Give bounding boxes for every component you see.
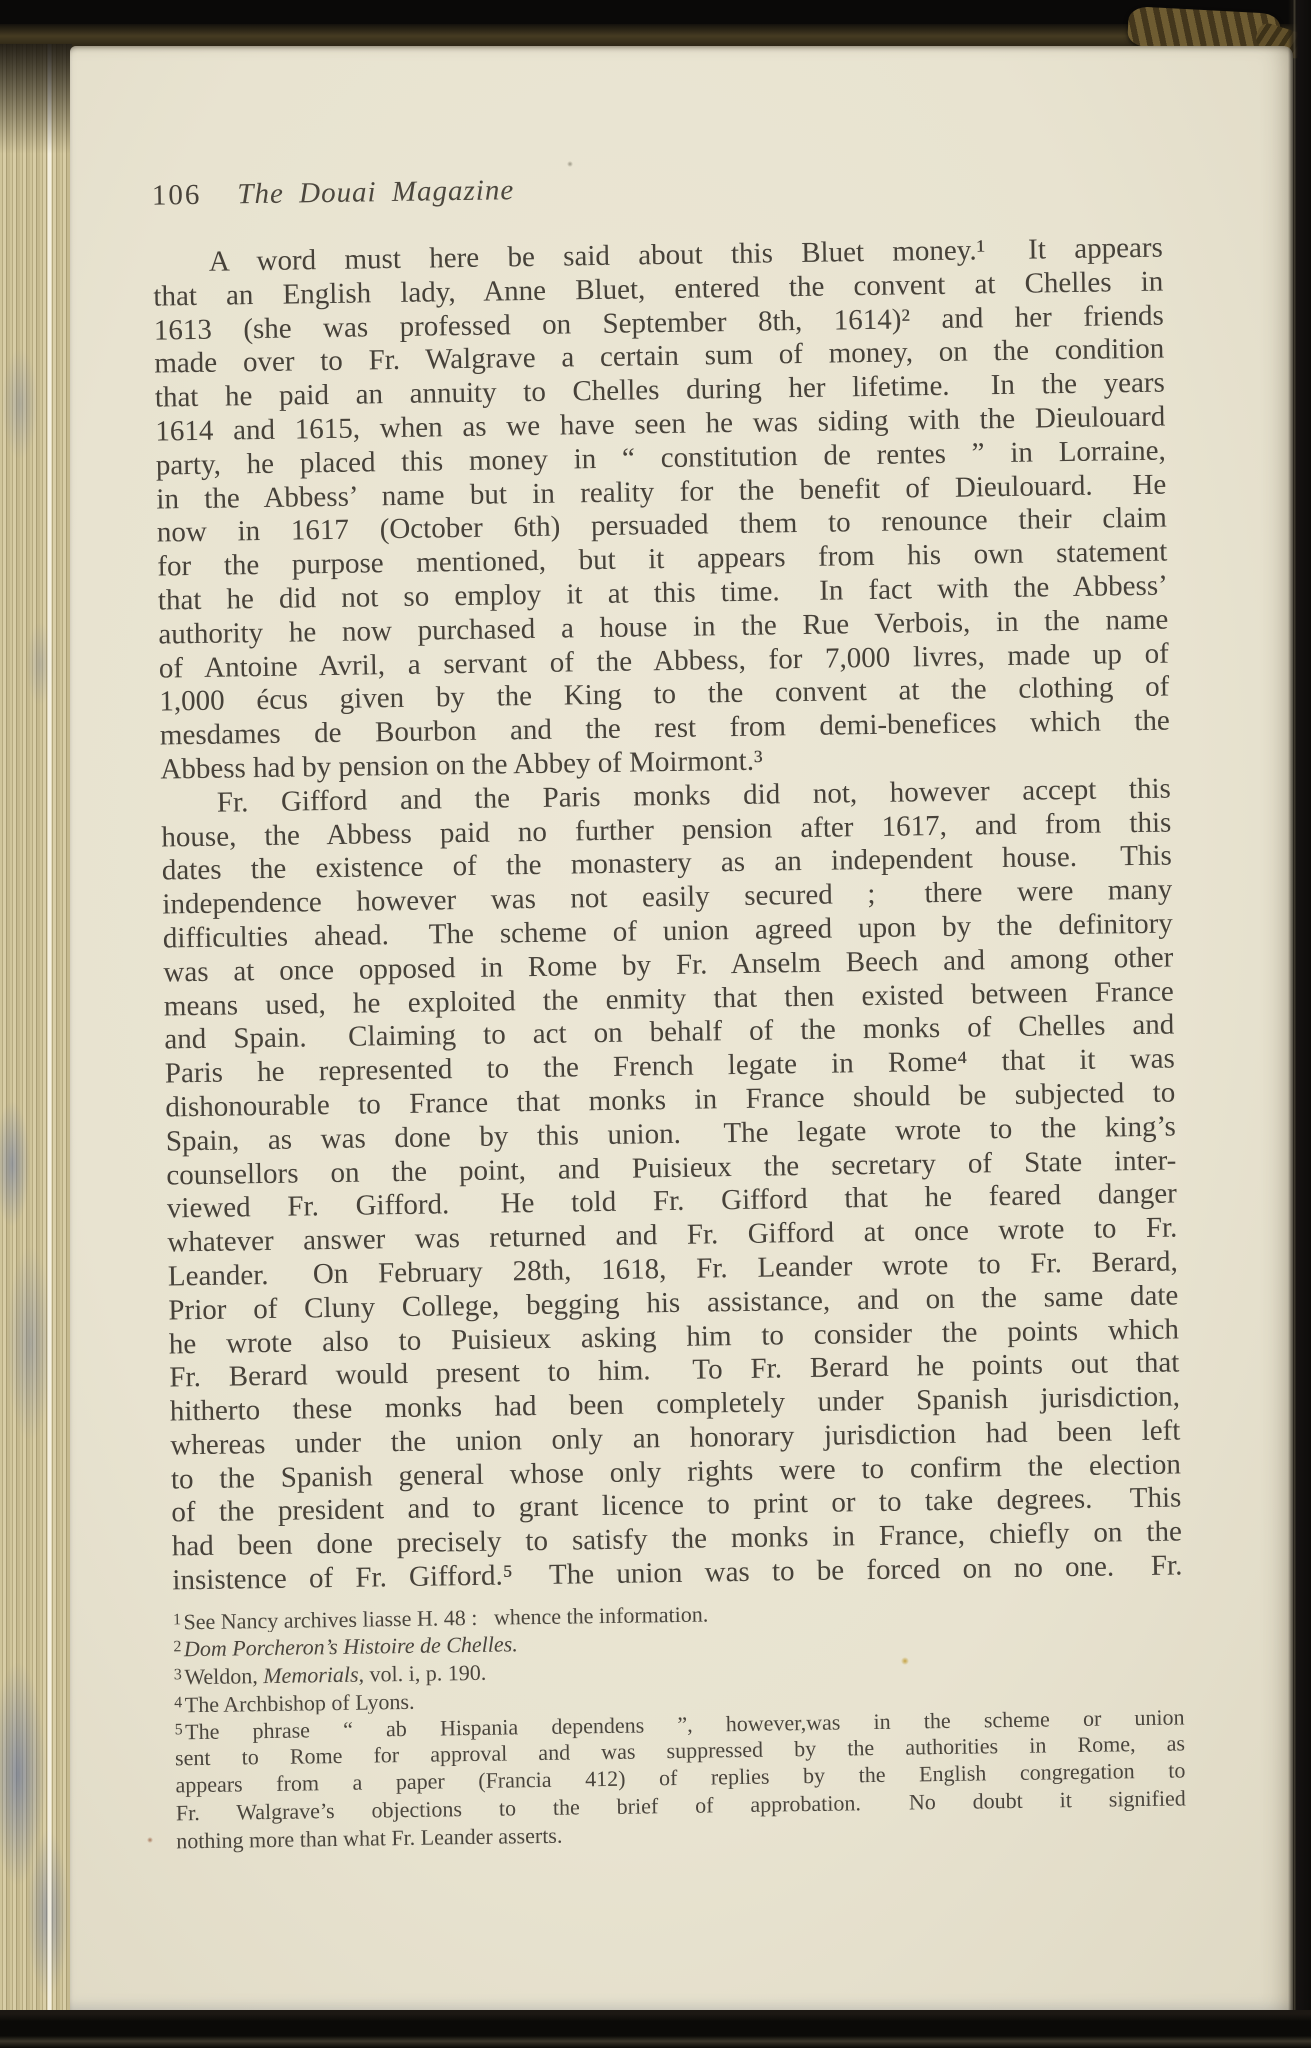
page-edge-stack	[0, 44, 72, 2018]
footnote-marker: 3	[174, 1666, 183, 1683]
page-header: 106 The Douai Magazine	[152, 163, 1162, 214]
footnote-marker: 5	[175, 1722, 184, 1739]
footnote-text-italic: Memorials	[263, 1662, 359, 1688]
page-number: 106	[152, 177, 202, 214]
body-text: A word must here be said about this Blue…	[153, 232, 1183, 1599]
book-gutter-right-edge	[1288, 0, 1311, 2048]
book-cover-bottom-edge	[0, 2010, 1311, 2048]
footnote-marker: 2	[173, 1639, 182, 1656]
footnotes: 1See Nancy archives liasse H. 48 : whenc…	[173, 1591, 1187, 1854]
page-content: 106 The Douai Magazine A word must here …	[152, 163, 1187, 1855]
footnote-text: The Archbishop of Lyons.	[185, 1689, 415, 1717]
scanned-book-page: 106 The Douai Magazine A word must here …	[0, 0, 1311, 2048]
footnote-marker: 1	[173, 1611, 182, 1628]
book-page: 106 The Douai Magazine A word must here …	[70, 46, 1293, 2014]
footnote-text: Weldon,	[184, 1663, 263, 1689]
footnote-marker: 4	[174, 1694, 183, 1711]
footnote-text: , vol. i, p. 190.	[358, 1660, 486, 1687]
magazine-title: The Douai Magazine	[237, 172, 514, 212]
